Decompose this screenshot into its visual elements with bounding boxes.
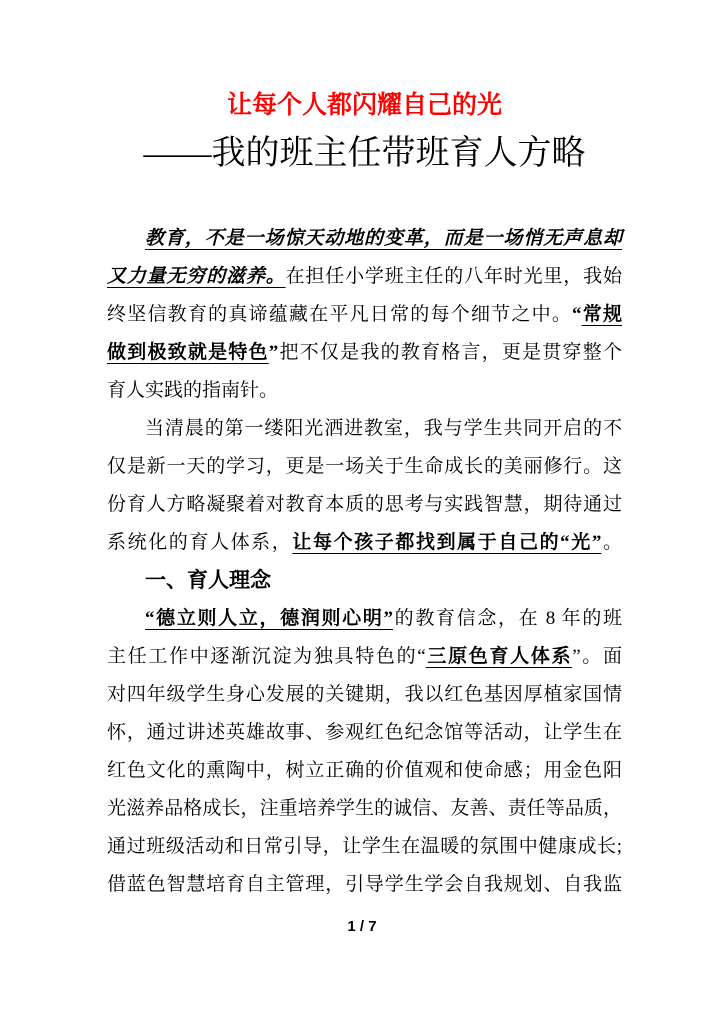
text-line: 终坚信教育的真谛蕴藏在平凡日常的每个细节之中。“常规	[107, 296, 622, 334]
text-line: 仅是新一天的学习，更是一场关于生命成长的美丽修行。这	[107, 448, 622, 486]
text-line: 主任工作中逐渐沉淀为独具特色的“三原色育人体系”。面	[107, 638, 622, 676]
text-line: “德立则人立，德润则心明”的教育信念，在 8 年的班	[107, 600, 622, 638]
text-segment: 在担任小学班主任的八年时光里，我始	[286, 266, 622, 287]
text-line: 怀，通过讲述英雄故事、参观红色纪念馆等活动，让学生在	[107, 714, 622, 752]
text-line: 对四年级学生身心发展的关键期，我以红色基因厚植家国情	[107, 676, 622, 714]
text-segment: 的教育信念，在 8 年的班	[393, 608, 622, 629]
text-segment: 育人实践的指南针。	[107, 380, 278, 401]
text-segment: ”。面	[572, 646, 622, 667]
text-line: 做到极致就是特色”把不仅是我的教育格言，更是贯穿整个	[107, 334, 622, 372]
section-heading: 一、育人理念	[107, 562, 622, 600]
text-segment: 主任工作中逐渐沉淀为独具特色的“	[107, 646, 426, 667]
text-segment: 红色文化的熏陶中，树立正确的价值观和使命感；用金色阳	[107, 760, 622, 781]
text-segment: “德立则人立，德润则心明”	[145, 608, 393, 629]
text-segment: 三原色育人体系	[426, 646, 572, 667]
text-line: 系统化的育人体系，让每个孩子都找到属于自己的“光”。	[107, 524, 622, 562]
text-segment: ”	[269, 342, 279, 363]
text-segment: 光滋养品格成长，注重培养学生的诚信、友善、责任等品质，	[107, 798, 622, 819]
document-content: 让每个人都闪耀自己的光 ——我的班主任带班育人方略 教育，不是一场惊天动地的变革…	[0, 0, 724, 1024]
text-segment: 教育，不是一场惊天动地的变革，而是一场悄无声息却	[145, 228, 622, 249]
document-body: 教育，不是一场惊天动地的变革，而是一场悄无声息却又力量无穷的滋养。在担任小学班主…	[107, 220, 622, 904]
document-subtitle: ——我的班主任带班育人方略	[107, 128, 622, 180]
text-segment: 仅是新一天的学习，更是一场关于生命成长的美丽修行。这	[107, 456, 622, 477]
text-line: 又力量无穷的滋养。在担任小学班主任的八年时光里，我始	[107, 258, 622, 296]
text-segment: 。	[601, 532, 622, 553]
text-line: 通过班级活动和日常引导，让学生在温暖的氛围中健康成长;	[107, 828, 622, 866]
text-line: 份育人方略凝聚着对教育本质的思考与实践智慧，期待通过	[107, 486, 622, 524]
text-segment: 让每个孩子都找到属于自己的“光”	[292, 532, 601, 553]
text-line: 光滋养品格成长，注重培养学生的诚信、友善、责任等品质，	[107, 790, 622, 828]
text-segment: 对四年级学生身心发展的关键期，我以红色基因厚植家国情	[107, 684, 622, 705]
text-segment: 借蓝色智慧培育自主管理，引导学生学会自我规划、自我监	[107, 874, 622, 895]
text-segment: 当清晨的第一缕阳光洒进教室，我与学生共同开启的不	[145, 418, 622, 439]
text-line: 当清晨的第一缕阳光洒进教室，我与学生共同开启的不	[107, 410, 622, 448]
text-segment: 又力量无穷的滋养。	[107, 266, 286, 287]
text-line: 借蓝色智慧培育自主管理，引导学生学会自我规划、自我监	[107, 866, 622, 904]
text-segment: 终坚信教育的真谛蕴藏在平凡日常的每个细节之中。	[107, 304, 572, 325]
text-segment: 怀，通过讲述英雄故事、参观红色纪念馆等活动，让学生在	[107, 722, 622, 743]
text-segment: 做到极致就是特色	[107, 342, 269, 363]
text-line: 红色文化的熏陶中，树立正确的价值观和使命感；用金色阳	[107, 752, 622, 790]
text-segment: “	[572, 304, 582, 325]
text-segment: 常规	[582, 304, 622, 325]
document-title: 让每个人都闪耀自己的光	[107, 84, 622, 128]
text-line: 育人实践的指南针。	[107, 372, 622, 410]
text-segment: 系统化的育人体系，	[107, 532, 292, 553]
text-segment: 把不仅是我的教育格言，更是贯穿整个	[278, 342, 622, 363]
text-line: 教育，不是一场惊天动地的变革，而是一场悄无声息却	[107, 220, 622, 258]
text-segment: 通过班级活动和日常引导，让学生在温暖的氛围中健康成长;	[107, 836, 622, 857]
page-number: 1 / 7	[0, 918, 724, 935]
text-segment: 份育人方略凝聚着对教育本质的思考与实践智慧，期待通过	[107, 494, 622, 515]
document-page: 让每个人都闪耀自己的光 ——我的班主任带班育人方略 教育，不是一场惊天动地的变革…	[0, 0, 724, 1024]
